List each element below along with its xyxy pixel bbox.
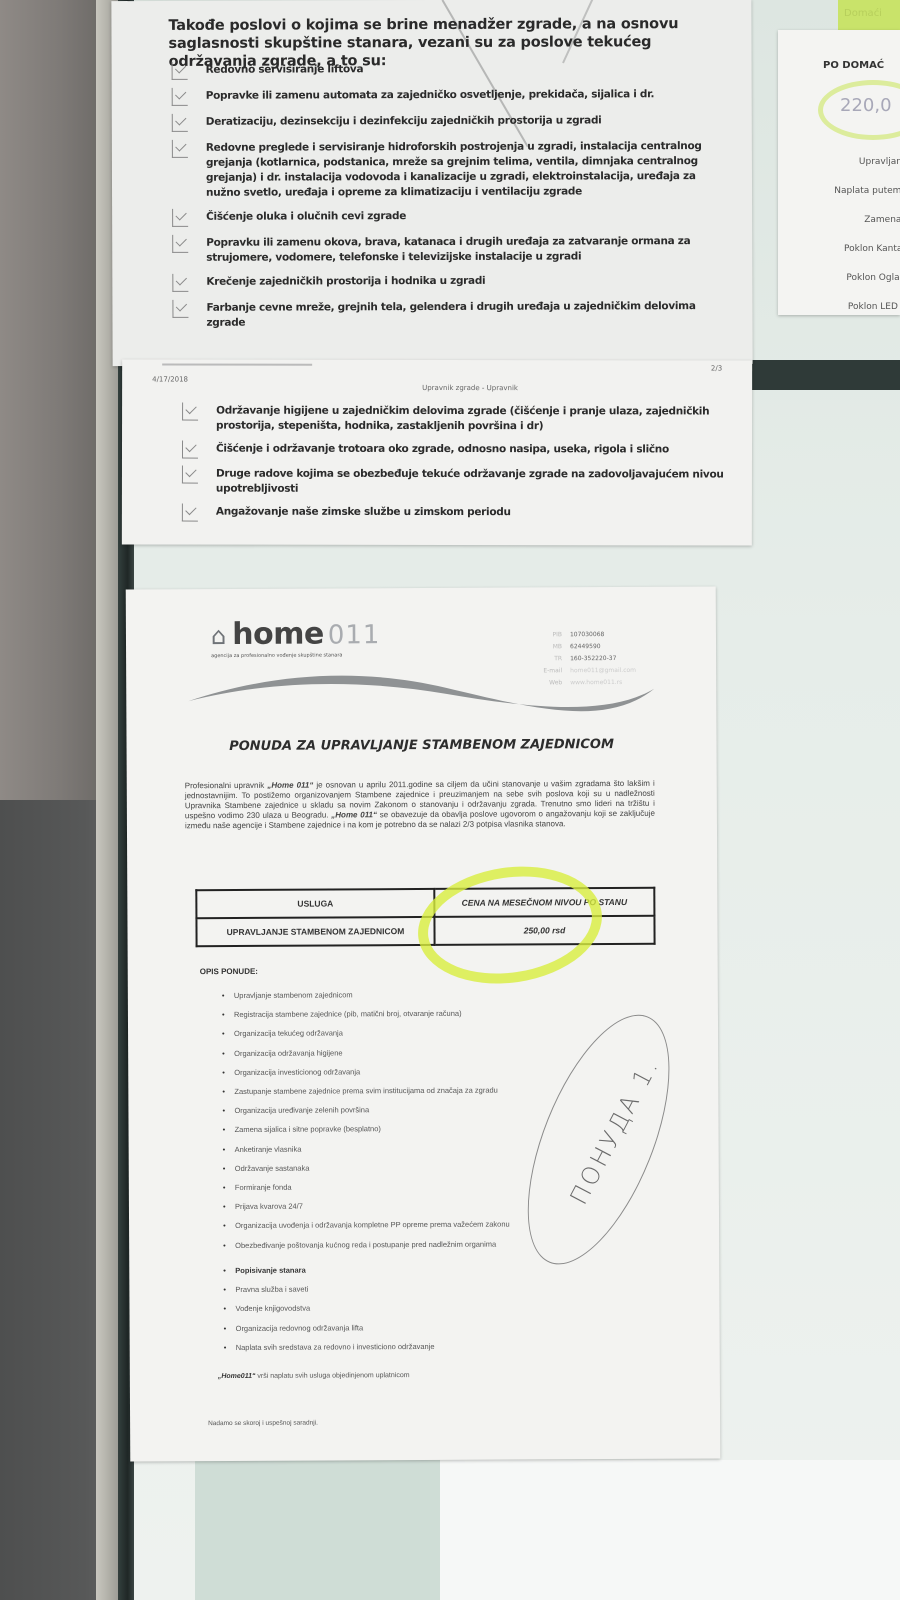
checklist-item: Deratizaciju, dezinsekciju i dezinfekcij… [172,113,732,132]
checklist-item: Krečenje zajedničkih prostorija i hodnik… [172,273,732,292]
contact-row: MB62449590 [536,641,636,654]
checklist: Održavanje higijene u zajedničkim delovi… [182,404,742,531]
offer-sheet: ⌂ home 011 agencija za profesionalno vođ… [126,586,721,1461]
checkbox-icon [182,441,198,459]
price-table: USLUGA CENA NA MESEČNOM NIVOU PO STANU U… [195,887,655,947]
checkbox-icon [172,62,188,80]
contact-row: TR160-352220-37 [536,653,636,666]
offer-intro-paragraph: Profesionalni upravnik „Home 011“ je osn… [185,779,655,831]
flyer-price: 220,0 [840,95,892,116]
checklist-item: Čišćenje i održavanje trotoara oko zgrad… [182,442,742,460]
checklist: Redovno servisiranje liftova Popravke il… [172,61,733,340]
checklist-item: Angažovanje naše zimske službe u zimskom… [182,505,742,523]
contact-row: PIB107030068 [536,629,636,642]
page-number: 2/3 [711,364,722,372]
print-title: Upravnik zgrade - Upravnik [422,384,518,392]
checklist-page-1: Takođe poslovi o kojima se brine menadže… [111,0,752,366]
closing-line: Nadamo se skoroj i uspešnoj saradnji. [208,1420,318,1428]
flyer-items: Upravljanje Naplata putem n Zamena S Pok… [834,148,900,322]
letterhead-swoosh [186,667,656,729]
services-extra-list: Popisivanje stanaraPravna služba i savet… [223,1259,653,1357]
checkbox-icon [172,88,188,106]
list-item: Vođenje knjigovodstva [223,1297,653,1318]
checklist-item: Druge radove kojima se obezbeđuje tekuće… [182,467,742,498]
checklist-item: Farbanje cevne mreže, grejnih tela, gele… [172,299,732,331]
flyer-item: Naplata putem n [834,177,900,206]
checklist-item: Popravku ili zamenu okova, brava, katana… [172,234,732,266]
flyer-green-tab: Domaći [838,0,900,30]
checklist-item: Čišćenje oluka i olučnih cevi zgrade [172,208,732,227]
right-flyer: PO DOMAĆ 220,0 Upravljanje Naplata putem… [778,30,900,315]
table-row: UPRAVLJANJE STAMBENOM ZAJEDNICOM 250,00 … [196,916,654,946]
checkbox-icon [172,114,188,132]
list-item: Registracija stambene zajednice (pib, ma… [222,1003,652,1024]
list-item: Organizacija tekućeg održavanja [222,1022,652,1043]
glass-bottom-light [440,1460,900,1600]
offer-description-title: OPIS PONUDE: [200,967,258,976]
checklist-item: Održavanje higijene u zajedničkim delovi… [182,404,742,435]
list-item: Pravna služba i saveti [223,1278,653,1299]
list-item: Organizacija redovnog održavanja lifta [224,1316,654,1337]
checkbox-icon [172,300,188,318]
checkbox-icon [172,140,188,158]
print-date: 4/17/2018 [152,376,188,384]
flyer-item: Zamena S [834,206,900,235]
house-icon: ⌂ [211,622,226,650]
print-url-line [162,364,312,366]
flyer-item: Poklon Oglasn [834,264,900,293]
logo-tagline: agencija za profesionalno vođenje skupšt… [211,652,342,659]
checkbox-icon [172,235,188,253]
flyer-item: Upravljanje [834,148,900,177]
checkbox-icon [172,274,188,292]
glass-dark-band [750,360,900,390]
checklist-item: Redovno servisiranje liftova [172,61,732,80]
checkbox-icon [182,466,198,484]
list-item: Naplata svih sredstava za redovno i inve… [224,1336,654,1357]
checkbox-icon [182,403,198,421]
monthly-price: 250,00 rsd [434,916,654,945]
checklist-item: Redovne preglede i servisiranje hidrofor… [172,139,732,201]
list-item: Popisivanje stanara [223,1259,653,1280]
table-header-row: USLUGA CENA NA MESEČNOM NIVOU PO STANU [196,888,654,918]
offer-title: PONUDA ZA UPRAVLJANJE STAMBENOM ZAJEDNIC… [127,736,717,754]
list-item: Upravljanje stambenom zajednicom [222,984,652,1005]
payment-note: „Home011“ vrši naplatu svih usluga objed… [218,1372,410,1380]
checkbox-icon [182,504,198,522]
flyer-item: Poklon Kanta z [834,235,900,264]
glass-bottom-tint [195,1460,440,1600]
company-logo: ⌂ home 011 [211,616,381,652]
checklist-item: Popravke ili zamenu automata za zajednič… [172,87,732,106]
checklist-page-2: 4/17/2018 Upravnik zgrade - Upravnik 2/3… [122,359,752,545]
checkbox-icon [172,209,188,227]
flyer-title: PO DOMAĆ [823,60,884,71]
flyer-item: Poklon LED ra [834,293,900,322]
